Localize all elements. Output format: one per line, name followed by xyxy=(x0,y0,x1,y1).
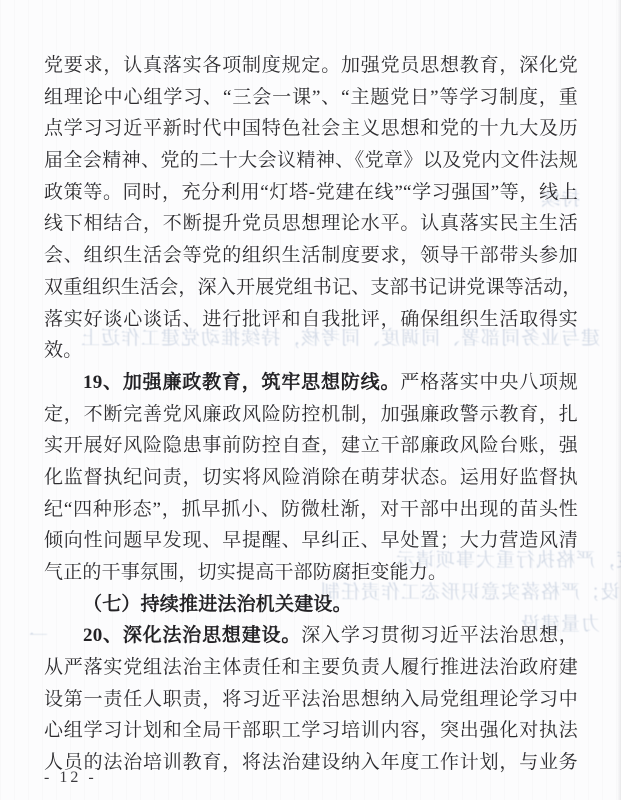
text-line-segment: 双重组织生活会，深入开展党组书记、支部书记讲党课等活动， xyxy=(44,277,582,298)
text-line: 设第一责任人职责，将习近平法治思想纳入局党组理论学习中 xyxy=(44,684,578,716)
text-line: 化监督执纪问责，切实将风险消除在萌芽状态。运用好监督执 xyxy=(44,462,578,494)
text-line-bold-segment: 19、加强廉政教育，筑牢思想防线。 xyxy=(83,372,400,393)
text-line: 纪“四种形态”，抓早抓小、防微杜渐，对干部中出现的苗头性 xyxy=(44,494,578,526)
text-line-segment: 会、组织生活会等党的组织生活制度要求，领导干部带头参加 xyxy=(44,245,578,266)
text-line-segment: 政策等。同时，充分利用“灯塔-党建在线”“学习强国”等，线上 xyxy=(44,182,578,203)
text-line-segment: 定，不断完善党风廉政风险防控机制，加强廉政警示教育，扎 xyxy=(44,404,578,425)
text-line: 届全会精神、党的二十大会议精神、《党章》以及党内文件法规 xyxy=(44,145,578,177)
text-line-segment: 实开展好风险隐患事前防控自查，建立干部廉政风险台账，强 xyxy=(44,435,578,456)
text-line: 政策等。同时，充分利用“灯塔-党建在线”“学习强国”等，线上 xyxy=(44,177,578,209)
text-line-segment: 严格落实中央八项规 xyxy=(400,372,578,393)
text-line-segment: 化监督执纪问责，切实将风险消除在萌芽状态。运用好监督执 xyxy=(44,467,578,488)
text-line-segment: 效。 xyxy=(44,340,82,361)
text-line-segment: 线下相结合，不断提升党员思想理论水平。认真落实民主生活 xyxy=(44,213,578,234)
text-line: 线下相结合，不断提升党员思想理论水平。认真落实民主生活 xyxy=(44,208,578,240)
text-line: 双重组织生活会，深入开展党组书记、支部书记讲党课等活动， xyxy=(44,272,578,304)
text-line: 倾向性问题早发现、早提醒、早纠正、早处置；大力营造风清 xyxy=(44,525,578,557)
text-line: 气正的干事氛围，切实提高干部防腐拒变能力。 xyxy=(44,557,578,589)
text-line-segment: 设第一责任人职责，将习近平法治思想纳入局党组理论学习中 xyxy=(44,689,578,710)
text-line-segment: 倾向性问题早发现、早提醒、早纠正、早处置；大力营造风清 xyxy=(44,530,578,551)
text-line: 心组学习计划和全局干部职工学习培训内容，突出强化对执法 xyxy=(44,715,578,747)
text-line: 效。 xyxy=(44,335,578,367)
text-line: 落实好谈心谈话、进行批评和自我批评，确保组织生活取得实 xyxy=(44,304,578,336)
text-line-segment: 从严落实党组法治主体责任和主要负责人履行推进法治政府建 xyxy=(44,657,578,678)
text-line: 人员的法治培训教育，将法治建设纳入年度工作计划，与业务 xyxy=(44,747,578,779)
text-line: 党要求，认真落实各项制度规定。加强党员思想教育，深化党 xyxy=(44,50,578,82)
text-line-bold-segment: （七）持续推进法治机关建设。 xyxy=(83,594,352,615)
text-line-segment: 点学习习近平新时代中国特色社会主义思想和党的十九大及历 xyxy=(44,118,578,139)
page-number: - 12 - xyxy=(44,769,97,787)
text-line: 从严落实党组法治主体责任和主要负责人履行推进法治政府建 xyxy=(44,652,578,684)
text-line: 点学习习近平新时代中国特色社会主义思想和党的十九大及历 xyxy=(44,113,578,145)
text-line-numbered-item: 19、加强廉政教育，筑牢思想防线。严格落实中央八项规 xyxy=(44,367,578,399)
text-line-segment: 组理论中心组学习、“三会一课”、“主题党日”等学习制度，重 xyxy=(44,87,578,108)
text-line-segment: 届全会精神、党的二十大会议精神、《党章》以及党内文件法规 xyxy=(44,150,578,171)
text-line-section-heading: （七）持续推进法治机关建设。 xyxy=(44,589,578,621)
text-line-segment: 纪“四种形态”，抓早抓小、防微杜渐，对干部中出现的苗头性 xyxy=(44,499,578,520)
text-line-bold-segment: 20、深化法治思想建设。 xyxy=(83,625,301,646)
text-line-segment: 党要求，认真落实各项制度规定。加强党员思想教育，深化党 xyxy=(44,55,578,76)
text-line-segment: 心组学习计划和全局干部职工学习培训内容，突出强化对执法 xyxy=(44,720,578,741)
text-line-segment: 落实好谈心谈话、进行批评和自我批评，确保组织生活取得实 xyxy=(44,309,578,330)
text-line: 组理论中心组学习、“三会一课”、“主题党日”等学习制度，重 xyxy=(44,82,578,114)
document-text-block: 党要求，认真落实各项制度规定。加强党员思想教育，深化党 组理论中心组学习、“三会… xyxy=(44,50,578,779)
text-line-segment: 气正的干事氛围，切实提高干部防腐拒变能力。 xyxy=(44,562,447,583)
text-line-segment: 人员的法治培训教育，将法治建设纳入年度工作计划，与业务 xyxy=(44,752,578,773)
scanned-page: 建与业务同部署、同调度、同考核，持续推动党建工作迈上 请示报告制度，严格执行重大… xyxy=(0,0,621,800)
text-line: 会、组织生活会等党的组织生活制度要求，领导干部带头参加 xyxy=(44,240,578,272)
text-line-segment: 深入学习贯彻习近平法治思想， xyxy=(301,625,578,646)
text-line: 实开展好风险隐患事前防控自查，建立干部廉政风险台账，强 xyxy=(44,430,578,462)
text-line-numbered-item: 20、深化法治思想建设。深入学习贯彻习近平法治思想， xyxy=(44,620,578,652)
text-line: 定，不断完善党风廉政风险防控机制，加强廉政警示教育，扎 xyxy=(44,399,578,431)
